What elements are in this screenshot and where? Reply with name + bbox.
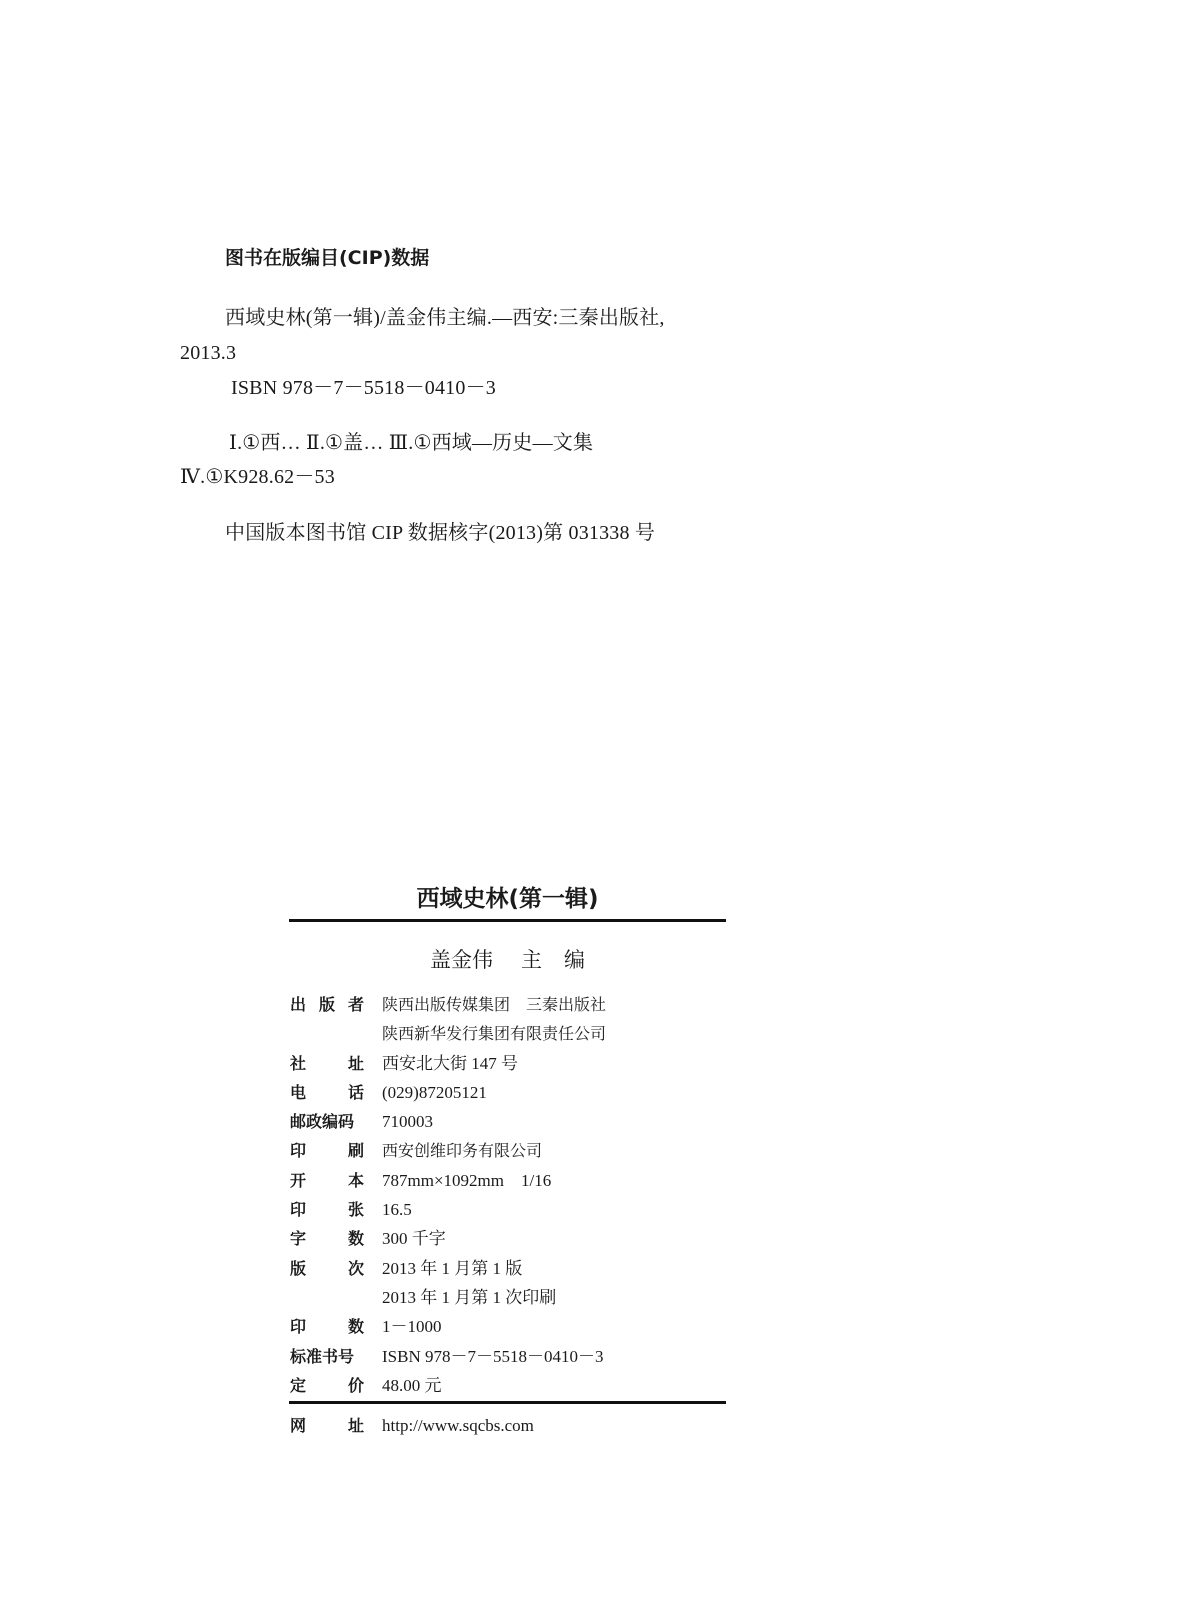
postcode-value: 710003 bbox=[382, 1110, 433, 1134]
label-char: 版 bbox=[290, 1257, 306, 1281]
info-row-isbn: 标准书号 ISBN 978－7－5518－0410－3 bbox=[290, 1345, 726, 1374]
editor-line: 盖金伟主编 bbox=[289, 944, 726, 974]
price-value: 48.00 元 bbox=[382, 1374, 442, 1398]
label-char: 网 bbox=[290, 1414, 306, 1438]
info-row-website: 网 址 http://www.sqcbs.com bbox=[290, 1414, 726, 1440]
info-label: 出 版 者 bbox=[290, 993, 364, 1017]
label-char: 数 bbox=[348, 1227, 364, 1251]
info-row-address: 社 址 西安北大街 147 号 bbox=[290, 1052, 726, 1081]
info-label: 印 数 bbox=[290, 1315, 364, 1339]
info-label: 邮政编码 bbox=[290, 1110, 364, 1134]
info-label: 标准书号 bbox=[290, 1345, 364, 1369]
edition-value: 2013 年 1 月第 1 版 bbox=[382, 1257, 522, 1281]
info-label: 网 址 bbox=[290, 1414, 364, 1438]
top-rule-divider bbox=[289, 919, 726, 922]
label-char: 者 bbox=[348, 993, 364, 1017]
sheets-value: 16.5 bbox=[382, 1198, 412, 1222]
label-char: 张 bbox=[348, 1198, 364, 1222]
info-label: 字 数 bbox=[290, 1227, 364, 1251]
info-row-sheets: 印 张 16.5 bbox=[290, 1198, 726, 1227]
info-row-price: 定 价 48.00 元 bbox=[290, 1374, 726, 1403]
info-label: 电 话 bbox=[290, 1081, 364, 1105]
cip-record-number-line: 中国版本图书馆 CIP 数据核字(2013)第 031338 号 bbox=[225, 521, 655, 545]
cip-date-line: 2013.3 bbox=[180, 341, 236, 365]
publisher-value: 陕西出版传媒集团 三秦出版社 bbox=[382, 993, 606, 1017]
label-char: 数 bbox=[348, 1315, 364, 1339]
label-char: 价 bbox=[348, 1374, 364, 1398]
label-char: 刷 bbox=[348, 1139, 364, 1163]
info-row-edition: 版 次 2013 年 1 月第 1 版 bbox=[290, 1257, 726, 1286]
editor-role-char-1: 主 bbox=[521, 944, 542, 974]
info-label: 印 刷 bbox=[290, 1139, 364, 1163]
label-char: 印 bbox=[290, 1198, 306, 1222]
format-value: 787mm×1092mm 1/16 bbox=[382, 1169, 551, 1193]
label-char: 社 bbox=[290, 1052, 306, 1076]
label-char: 印 bbox=[290, 1139, 306, 1163]
info-row-format: 开 本 787mm×1092mm 1/16 bbox=[290, 1169, 726, 1198]
label-char: 话 bbox=[348, 1081, 364, 1105]
printer-value: 西安创维印务有限公司 bbox=[382, 1139, 542, 1163]
info-label: 社 址 bbox=[290, 1052, 364, 1076]
info-row-printer: 印 刷 西安创维印务有限公司 bbox=[290, 1139, 726, 1168]
info-row-print-run: 印 数 1－1000 bbox=[290, 1315, 726, 1344]
label-char: 址 bbox=[348, 1052, 364, 1076]
info-row-phone: 电 话 (029)87205121 bbox=[290, 1081, 726, 1110]
editor-role-char-2: 编 bbox=[564, 944, 585, 974]
cip-classification-line: Ⅳ.①K928.62－53 bbox=[180, 465, 335, 489]
label-char: 次 bbox=[348, 1257, 364, 1281]
label-char: 版 bbox=[319, 993, 335, 1017]
printing-value: 2013 年 1 月第 1 次印刷 bbox=[382, 1286, 556, 1310]
publication-info-table: 出 版 者 陕西出版传媒集团 三秦出版社 陕西新华发行集团有限责任公司 社 址 … bbox=[290, 993, 726, 1403]
label-char: 字 bbox=[290, 1227, 306, 1251]
address-value: 西安北大街 147 号 bbox=[382, 1052, 518, 1076]
book-title: 西域史林(第一辑) bbox=[289, 880, 726, 913]
label-text: 邮政编码 bbox=[290, 1110, 354, 1134]
isbn-value: ISBN 978－7－5518－0410－3 bbox=[382, 1345, 603, 1369]
info-label: 开 本 bbox=[290, 1169, 364, 1193]
cip-title-line: 西域史林(第一辑)/盖金伟主编.—西安:三秦出版社, bbox=[225, 306, 665, 330]
label-char: 开 bbox=[290, 1169, 306, 1193]
label-char: 本 bbox=[348, 1169, 364, 1193]
info-row-publisher: 出 版 者 陕西出版传媒集团 三秦出版社 bbox=[290, 993, 726, 1022]
info-row-distributor: 陕西新华发行集团有限责任公司 bbox=[290, 1022, 726, 1051]
website-link[interactable]: http://www.sqcbs.com bbox=[382, 1414, 534, 1438]
cip-subject-line: Ⅰ.①西… Ⅱ.①盖… Ⅲ.①西域—历史—文集 bbox=[229, 431, 593, 455]
info-row-printing: 2013 年 1 月第 1 次印刷 bbox=[290, 1286, 726, 1315]
print-run-value: 1－1000 bbox=[382, 1315, 442, 1339]
info-label: 版 次 bbox=[290, 1257, 364, 1281]
label-char: 址 bbox=[348, 1414, 364, 1438]
label-text: 标准书号 bbox=[290, 1345, 354, 1369]
cip-isbn-line: ISBN 978－7－5518－0410－3 bbox=[231, 376, 496, 400]
phone-value: (029)87205121 bbox=[382, 1081, 487, 1105]
word-count-value: 300 千字 bbox=[382, 1227, 446, 1251]
label-char: 定 bbox=[290, 1374, 306, 1398]
editor-name: 盖金伟 bbox=[430, 944, 493, 974]
label-char: 电 bbox=[290, 1081, 306, 1105]
info-label: 定 价 bbox=[290, 1374, 364, 1398]
info-row-word-count: 字 数 300 千字 bbox=[290, 1227, 726, 1256]
bottom-rule-divider bbox=[289, 1401, 726, 1404]
distributor-value: 陕西新华发行集团有限责任公司 bbox=[382, 1022, 606, 1046]
info-row-postcode: 邮政编码 710003 bbox=[290, 1110, 726, 1139]
info-label: 印 张 bbox=[290, 1198, 364, 1222]
label-char: 出 bbox=[290, 993, 306, 1017]
label-char: 印 bbox=[290, 1315, 306, 1339]
cip-heading: 图书在版编目(CIP)数据 bbox=[225, 243, 429, 270]
